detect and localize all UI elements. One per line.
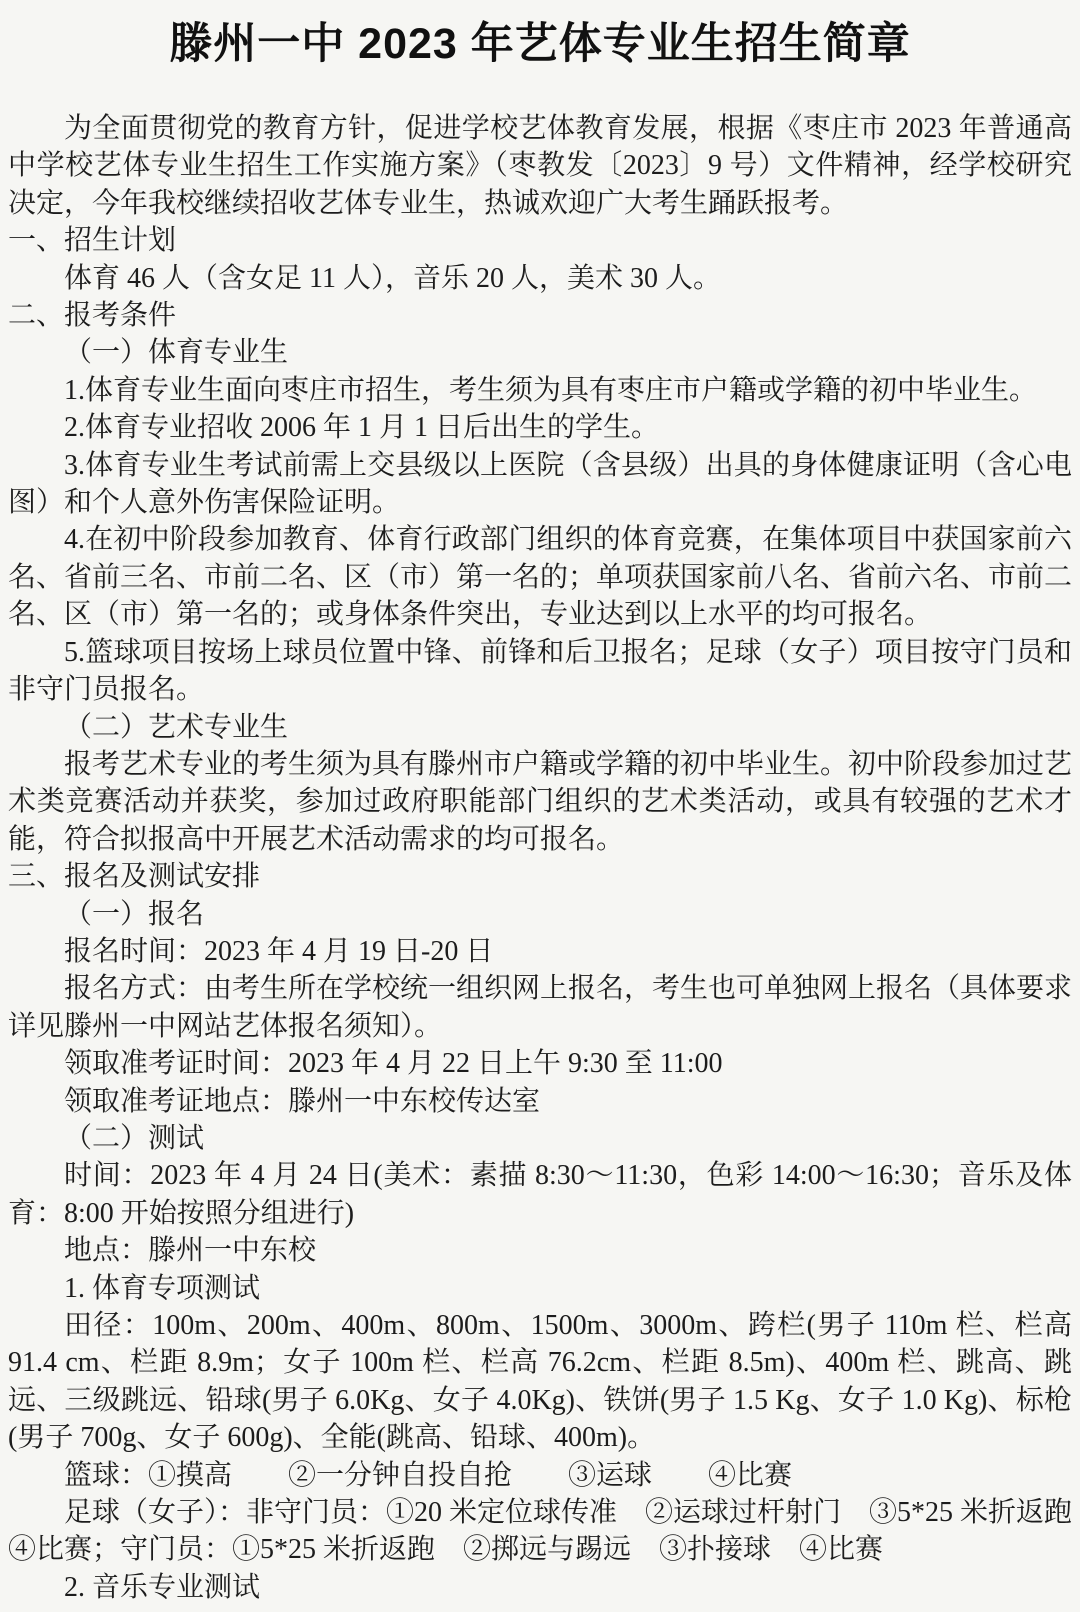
sports-condition-1: 1.体育专业生面向枣庄市招生，考生须为具有枣庄市户籍或学籍的初中毕业生。 — [8, 372, 1072, 409]
document-title: 滕州一中 2023 年艺体专业生招生简章 — [8, 16, 1072, 72]
heading-enrollment-plan: 一、招生计划 — [8, 222, 1072, 259]
sports-condition-3: 3.体育专业生考试前需上交县级以上医院（含县级）出具的身体健康证明（含心电图）和… — [8, 447, 1072, 522]
basketball-test-items: 篮球：①摸高 ②一分钟自投自抢 ③运球 ④比赛 — [8, 1457, 1072, 1494]
subheading-registration: （一）报名 — [8, 896, 1072, 933]
heading-registration-and-test: 三、报名及测试安排 — [8, 858, 1072, 895]
registration-method: 报名方式：由考生所在学校统一组织网上报名，考生也可单独网上报名（具体要求详见滕州… — [8, 970, 1072, 1045]
sports-condition-4: 4.在初中阶段参加教育、体育行政部门组织的体育竞赛，在集体项目中获国家前六名、省… — [8, 521, 1072, 633]
sports-condition-2: 2.体育专业招收 2006 年 1 月 1 日后出生的学生。 — [8, 409, 1072, 446]
test-time: 时间：2023 年 4 月 24 日(美术：素描 8:30～11:30，色彩 1… — [8, 1157, 1072, 1232]
subheading-art-students: （二）艺术专业生 — [8, 709, 1072, 746]
heading-application-conditions: 二、报考条件 — [8, 297, 1072, 334]
subheading-test: （二）测试 — [8, 1120, 1072, 1157]
intro-paragraph: 为全面贯彻党的教育方针，促进学校艺体教育发展，根据《枣庄市 2023 年普通高中… — [8, 110, 1072, 222]
subheading-sports-students: （一）体育专业生 — [8, 334, 1072, 371]
registration-time: 报名时间：2023 年 4 月 19 日-20 日 — [8, 933, 1072, 970]
document-page: 滕州一中 2023 年艺体专业生招生简章 为全面贯彻党的教育方针，促进学校艺体教… — [0, 0, 1080, 1612]
music-test-heading: 2. 音乐专业测试 — [8, 1569, 1072, 1606]
art-students-conditions: 报考艺术专业的考生须为具有滕州市户籍或学籍的初中毕业生。初中阶段参加过艺术类竞赛… — [8, 746, 1072, 858]
sports-condition-5: 5.篮球项目按场上球员位置中锋、前锋和后卫报名；足球（女子）项目按守门员和非守门… — [8, 634, 1072, 709]
admission-ticket-place: 领取准考证地点：滕州一中东校传达室 — [8, 1083, 1072, 1120]
enrollment-plan-numbers: 体育 46 人（含女足 11 人），音乐 20 人，美术 30 人。 — [8, 260, 1072, 297]
football-test-items: 足球（女子）：非守门员：①20 米定位球传准 ②运球过杆射门 ③5*25 米折返… — [8, 1494, 1072, 1569]
admission-ticket-time: 领取准考证时间：2023 年 4 月 22 日上午 9:30 至 11:00 — [8, 1045, 1072, 1082]
test-place: 地点：滕州一中东校 — [8, 1232, 1072, 1269]
track-and-field-events: 田径：100m、200m、400m、800m、1500m、3000m、跨栏(男子… — [8, 1307, 1072, 1457]
sports-test-heading: 1. 体育专项测试 — [8, 1270, 1072, 1307]
